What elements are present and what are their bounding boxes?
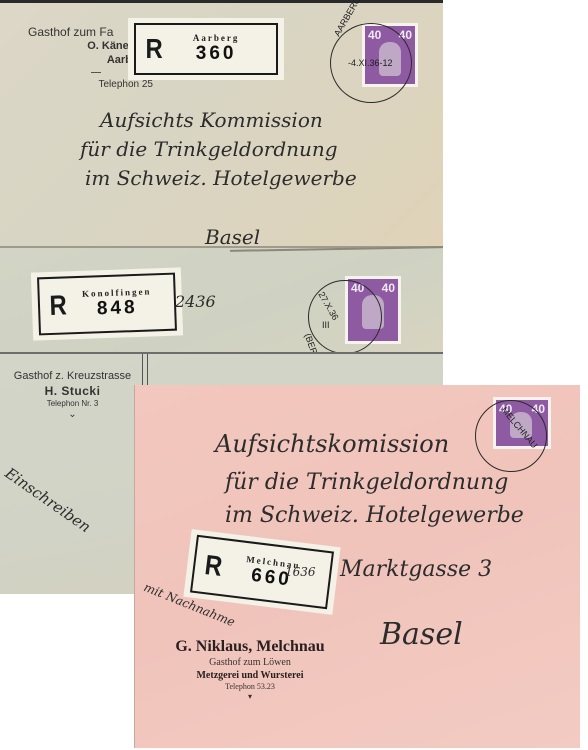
ornament-icon: ⌄ (10, 409, 135, 422)
registration-letter: R (203, 549, 224, 583)
postmark-suffix: III (322, 320, 330, 330)
registration-letter: R (49, 289, 67, 322)
address-line: im Schweiz. Hotelgewerbe (225, 503, 524, 528)
sender-telephone: Telephon 25 (28, 79, 163, 92)
sender-proprietor: H. Stucki (10, 384, 135, 399)
envelope-konolfingen: R Konolfingen 848 2436 40 40 27.X.36 III… (0, 246, 443, 356)
registration-number: 360 (164, 43, 268, 65)
registration-letter: R (146, 33, 163, 65)
envelope-melchnau: 40 40 MELCHNAU Aufsichtskomission für di… (135, 385, 580, 748)
address-line: im Schweiz. Hotelgewerbe (85, 166, 357, 190)
address-line: Marktgasse 3 (340, 557, 492, 582)
address-line: Aufsichtskomission (215, 430, 449, 458)
postmark-circle (308, 280, 382, 354)
address-line: für die Trinkgeldordnung (80, 137, 338, 161)
handwritten-note: Einschreiben (2, 464, 94, 536)
registration-label: R Aarberg 360 (128, 18, 284, 80)
sender-telephone: Telephon 53.23 (150, 682, 350, 692)
torn-edge (230, 246, 443, 252)
registration-number: 848 (68, 296, 166, 321)
registration-label: R Melchnau 660 (183, 529, 340, 615)
sender-block: Gasthof z. Kreuzstrasse H. Stucki Teleph… (10, 370, 135, 421)
divider (91, 72, 101, 73)
sender-trade: Metzgerei und Wursterei (150, 670, 350, 683)
sender-name: Gasthof z. Kreuzstrasse (10, 370, 135, 384)
sender-block: G. Niklaus, Melchnau Gasthof zum Löwen M… (150, 637, 350, 702)
address-line: Aufsichts Kommission (100, 108, 323, 132)
handwritten-note: 2436 (175, 292, 216, 311)
address-line: für die Trinkgeldordnung (225, 470, 508, 495)
address-city: Basel (380, 617, 463, 652)
sender-telephone: Telephon Nr. 3 (10, 399, 135, 409)
sender-name: G. Niklaus, Melchnau (150, 637, 350, 657)
envelope-aarberg: Gasthof zum Fa O. Känel-Nobs Aarberg Tel… (0, 0, 443, 253)
stamp-value: 40 (382, 281, 395, 295)
registration-place: Aarberg (164, 33, 268, 43)
sender-business: Gasthof zum Löwen (150, 657, 350, 670)
ornament-icon: ▾ (150, 692, 350, 702)
postmark-date: -4.XI.36-12 (348, 58, 393, 68)
handwritten-note: 1636 (285, 565, 316, 579)
registration-label: R Konolfingen 848 (31, 267, 183, 340)
